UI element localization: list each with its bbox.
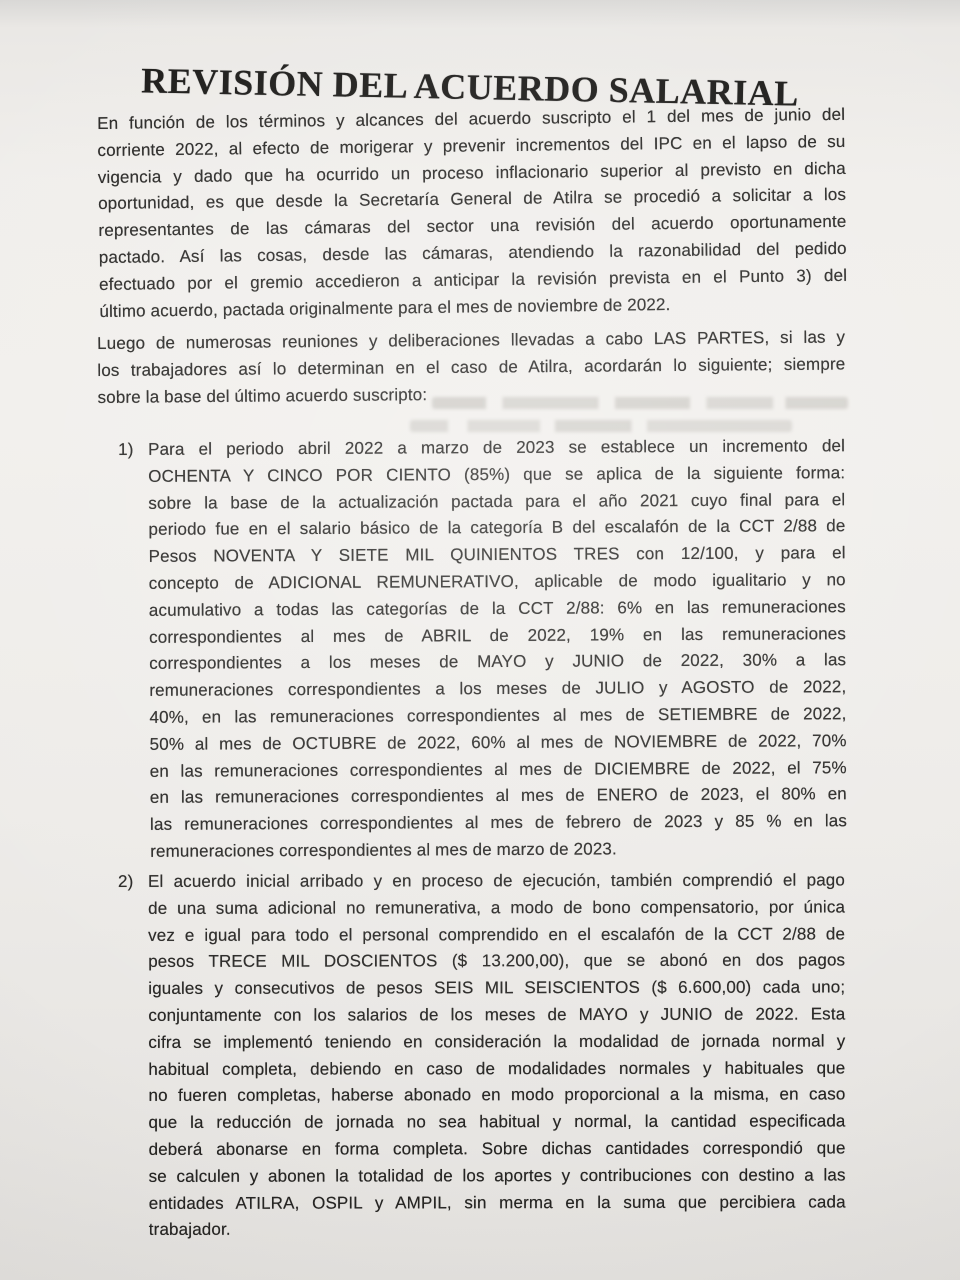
text-line: no fueren completas, haberse abonado en … (148, 1082, 845, 1110)
text-line: de una suma adicional no remunerativa, a… (148, 894, 845, 922)
text-line: vez e igual para todo el personal compre… (148, 921, 845, 949)
text-line: iguales y consecutivos de pesos SEIS MIL… (148, 975, 845, 1003)
text-line: 40%, en las remuneraciones correspondien… (149, 701, 846, 731)
text-line: El acuerdo inicial arribado y en proceso… (148, 867, 845, 895)
text-line: en las remuneraciones correspondientes a… (150, 782, 847, 812)
text-line: entidades ATILRA, OSPIL y AMPIL, sin mer… (149, 1189, 846, 1217)
text-line: deberá abonarse en forma completa. Sobre… (149, 1135, 846, 1163)
text-line: pesos TRECE MIL DOSCIENTOS ($ 13.200,00)… (148, 948, 845, 976)
text-line: Para el periodo abril 2022 a marzo de 20… (148, 433, 845, 463)
text-line: 50% al mes de OCTUBRE de 2022, 60% al me… (150, 728, 847, 758)
item-marker: 2) (118, 869, 149, 1244)
text-line: trabajador. (149, 1216, 846, 1244)
text-line: las remuneraciones correspondientes al m… (150, 808, 847, 838)
paragraph-agreement-lead: Luego de numerosas reuniones y deliberac… (97, 324, 846, 411)
text-line: periodo fue en el salario básico de la c… (148, 514, 845, 544)
text-line: en las remuneraciones correspondientes a… (150, 755, 847, 785)
text-line: conjuntamente con los salarios de los me… (148, 1001, 845, 1029)
text-line: se calculen y abonen la totalidad de los… (149, 1162, 846, 1190)
text-line: Pesos NOVENTA Y SIETE MIL QUINIENTOS TRE… (149, 540, 846, 570)
text-line: habitual completa, debiendo en caso de m… (148, 1055, 845, 1083)
scanned-document-page: REVISIÓN DEL ACUERDO SALARIAL En función… (0, 0, 960, 1280)
item-marker: 1) (118, 437, 150, 866)
paragraph-intro: En función de los términos y alcances de… (97, 102, 848, 325)
text-line: remuneraciones correspondientes a los me… (149, 674, 846, 704)
text-line: correspondientes al mes de ABRIL de 2022… (149, 621, 846, 651)
text-line: OCHENTA Y CINCO POR CIENTO (85%) que se … (148, 460, 845, 490)
text-line: sobre la base del último acuerdo suscrip… (97, 378, 845, 411)
list-item-1: 1) Para el periodo abril 2022 a marzo de… (118, 433, 847, 866)
text-line: que la reducción de jornada no sea habit… (149, 1109, 846, 1137)
text-line: acumulativo a todas las categorías de la… (149, 594, 846, 624)
text-line: sobre la base de la actualización pactad… (148, 487, 845, 517)
text-line: concepto de ADICIONAL REMUNERATIVO, apli… (149, 567, 846, 597)
text-line: cifra se implementó teniendo en consider… (148, 1028, 845, 1056)
text-line: remuneraciones correspondientes al mes d… (150, 835, 847, 865)
text-line: correspondientes a los meses de MAYO y J… (149, 648, 846, 678)
list-item-2: 2) El acuerdo inicial arribado y en proc… (118, 867, 846, 1244)
bleedthrough-ghost-line (410, 420, 792, 432)
